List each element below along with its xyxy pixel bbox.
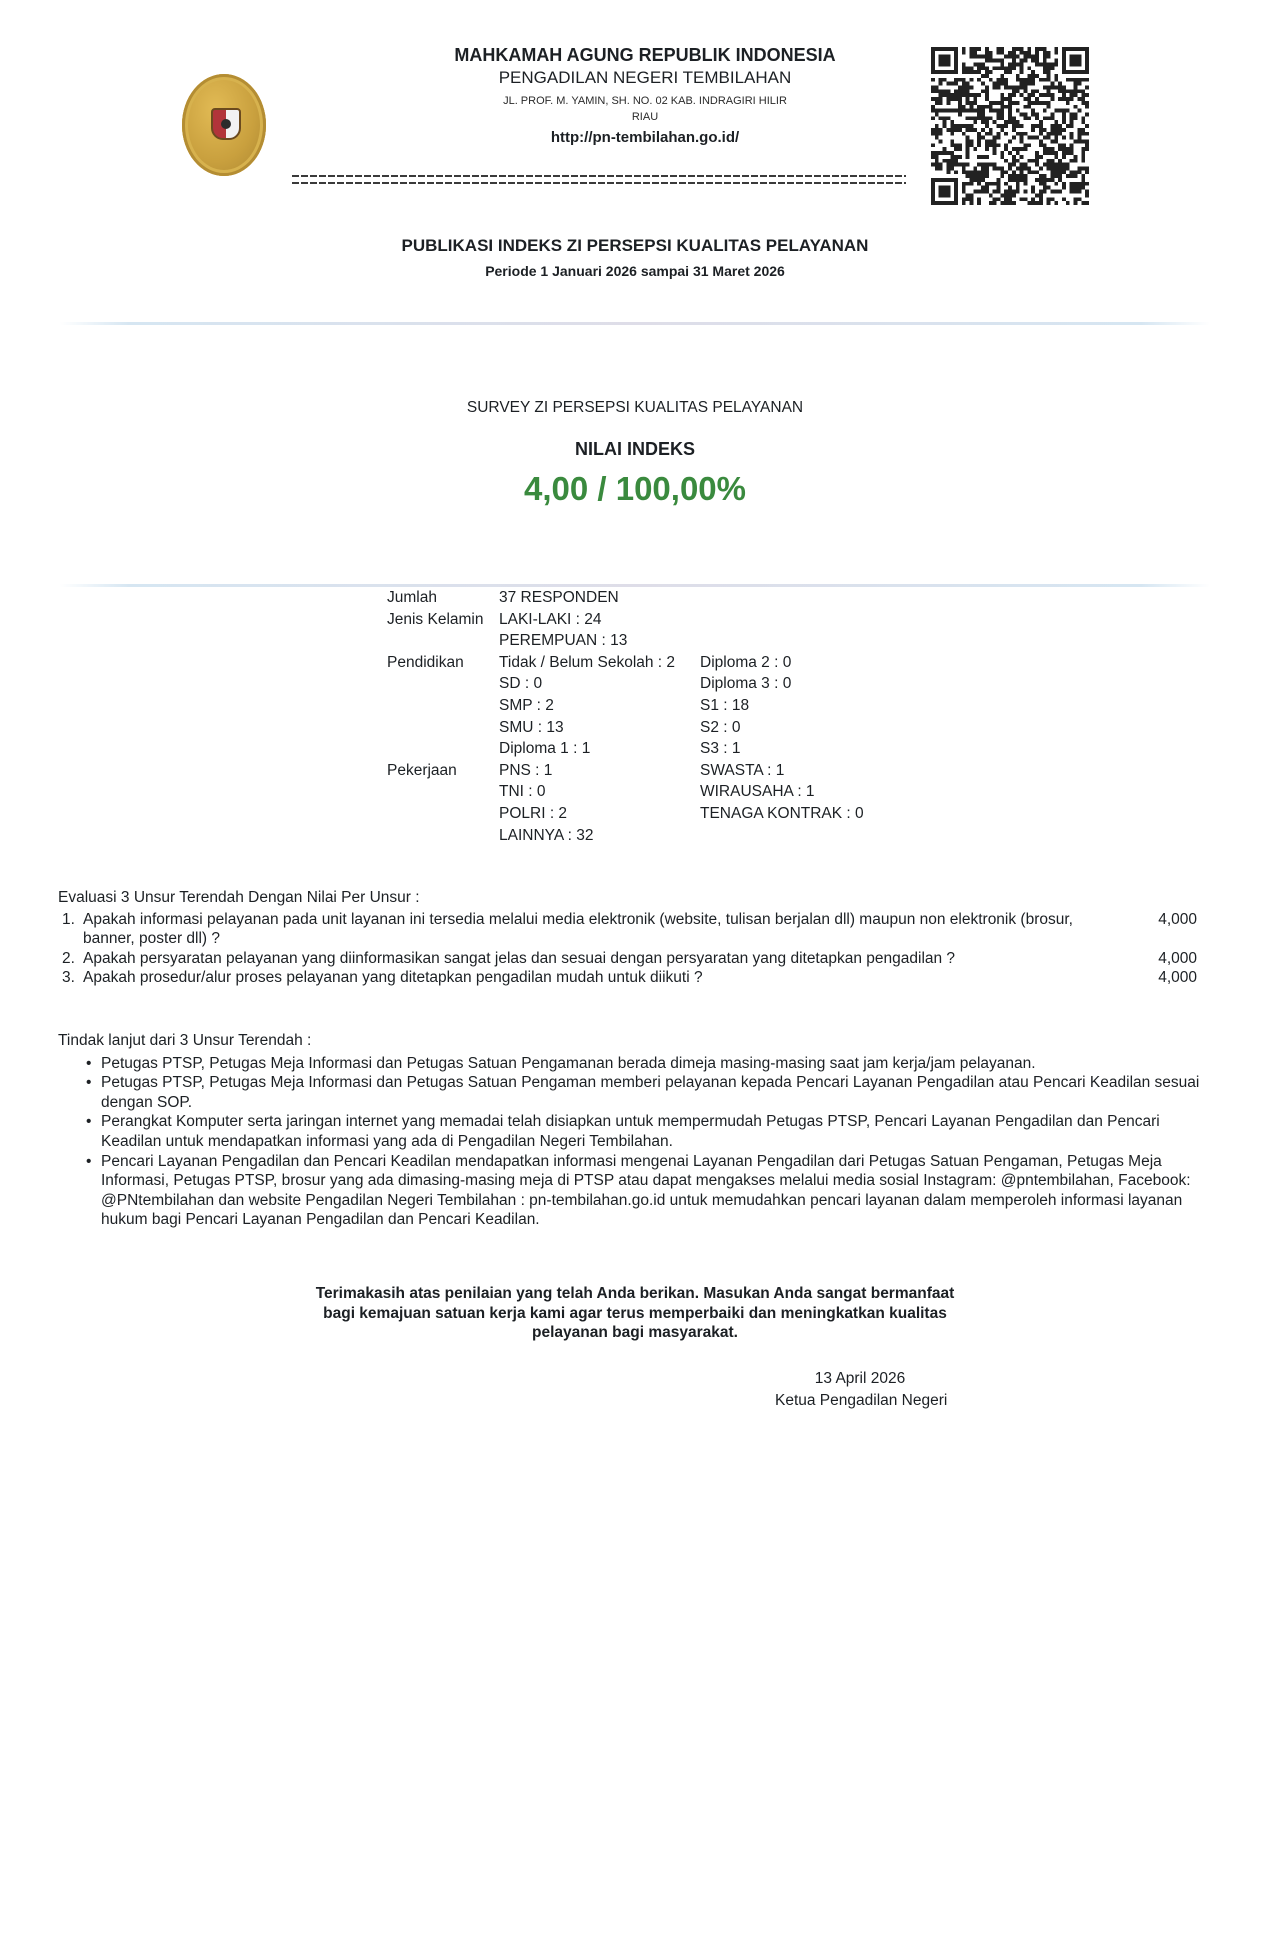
institution-name: MAHKAMAH AGUNG REPUBLIK INDONESIA xyxy=(300,45,990,66)
education-item: Diploma 1 : 1 xyxy=(499,738,590,760)
item-number: 1. xyxy=(62,910,75,930)
follow-up-item: Petugas PTSP, Petugas Meja Informasi dan… xyxy=(83,1073,1218,1112)
signature-date: 13 April 2026 xyxy=(760,1370,960,1388)
education-item: S3 : 1 xyxy=(700,738,741,760)
occupation-item: PNS : 1 xyxy=(499,760,552,782)
header-divider xyxy=(292,175,906,184)
item-number: 2. xyxy=(62,949,75,969)
education-item: Diploma 2 : 0 xyxy=(700,652,791,674)
occupation-item: TENAGA KONTRAK : 0 xyxy=(700,803,864,825)
education-item: SMP : 2 xyxy=(499,695,554,717)
index-label: NILAI INDEKS xyxy=(300,439,970,460)
evaluation-item: 1. Apakah informasi pelayanan pada unit … xyxy=(58,910,1198,949)
gender-male: LAKI-LAKI : 24 xyxy=(499,609,602,631)
publication-title: PUBLIKASI INDEKS ZI PERSEPSI KUALITAS PE… xyxy=(200,236,1070,256)
item-question: Apakah prosedur/alur proses pelayanan ya… xyxy=(83,969,703,986)
item-score: 4,000 xyxy=(1158,949,1197,969)
occupation-item: WIRAUSAHA : 1 xyxy=(700,781,815,803)
address-line-2: RIAU xyxy=(300,111,990,123)
thank-you-note: Terimakasih atas penilaian yang telah An… xyxy=(300,1284,970,1343)
follow-up-item: Petugas PTSP, Petugas Meja Informasi dan… xyxy=(83,1054,1218,1074)
qr-code-icon xyxy=(931,47,1089,205)
item-score: 4,000 xyxy=(1158,968,1197,988)
follow-up-list: Petugas PTSP, Petugas Meja Informasi dan… xyxy=(58,1054,1218,1230)
follow-up-section: Tindak lanjut dari 3 Unsur Terendah : Pe… xyxy=(58,1031,1218,1230)
evaluation-item: 2. Apakah persyaratan pelayanan yang dii… xyxy=(58,949,1198,969)
occupation-label: Pekerjaan xyxy=(387,760,457,782)
shield-emblem-icon xyxy=(211,108,241,140)
gender-female: PEREMPUAN : 13 xyxy=(499,630,627,652)
section-divider xyxy=(60,584,1210,587)
signer-title: Ketua Pengadilan Negeri xyxy=(760,1392,1015,1410)
occupation-item: POLRI : 2 xyxy=(499,803,567,825)
section-divider xyxy=(60,322,1210,325)
education-item: Diploma 3 : 0 xyxy=(700,673,791,695)
item-number: 3. xyxy=(62,968,75,988)
item-question: Apakah persyaratan pelayanan yang diinfo… xyxy=(83,950,955,967)
index-value: 4,00 / 100,00% xyxy=(300,470,970,508)
education-item: SMU : 13 xyxy=(499,717,564,739)
court-logo xyxy=(178,68,270,180)
survey-label: SURVEY ZI PERSEPSI KUALITAS PELAYANAN xyxy=(300,399,970,417)
follow-up-item: Pencari Layanan Pengadilan dan Pencari K… xyxy=(83,1152,1218,1230)
occupation-item: SWASTA : 1 xyxy=(700,760,784,782)
follow-up-heading: Tindak lanjut dari 3 Unsur Terendah : xyxy=(58,1031,1218,1051)
publication-period: Periode 1 Januari 2026 sampai 31 Maret 2… xyxy=(200,263,1070,279)
education-item: S2 : 0 xyxy=(700,717,741,739)
education-label: Pendidikan xyxy=(387,652,464,674)
evaluation-item: 3. Apakah prosedur/alur proses pelayanan… xyxy=(58,968,1198,988)
item-score: 4,000 xyxy=(1158,910,1197,930)
address-line-1: JL. PROF. M. YAMIN, SH. NO. 02 KAB. INDR… xyxy=(300,95,990,107)
gender-label: Jenis Kelamin xyxy=(387,609,484,631)
total-value: 37 RESPONDEN xyxy=(499,587,619,609)
occupation-item: LAINNYA : 32 xyxy=(499,825,593,847)
occupation-item: TNI : 0 xyxy=(499,781,546,803)
total-label: Jumlah xyxy=(387,587,437,609)
follow-up-item: Perangkat Komputer serta jaringan intern… xyxy=(83,1112,1218,1151)
website-link[interactable]: http://pn-tembilahan.go.id/ xyxy=(300,129,990,146)
education-item: S1 : 18 xyxy=(700,695,749,717)
education-item: SD : 0 xyxy=(499,673,542,695)
education-item: Tidak / Belum Sekolah : 2 xyxy=(499,652,675,674)
court-name: PENGADILAN NEGERI TEMBILAHAN xyxy=(300,68,990,88)
item-question: Apakah informasi pelayanan pada unit lay… xyxy=(83,911,1073,948)
evaluation-heading: Evaluasi 3 Unsur Terendah Dengan Nilai P… xyxy=(58,888,1198,908)
evaluation-section: Evaluasi 3 Unsur Terendah Dengan Nilai P… xyxy=(58,888,1198,988)
